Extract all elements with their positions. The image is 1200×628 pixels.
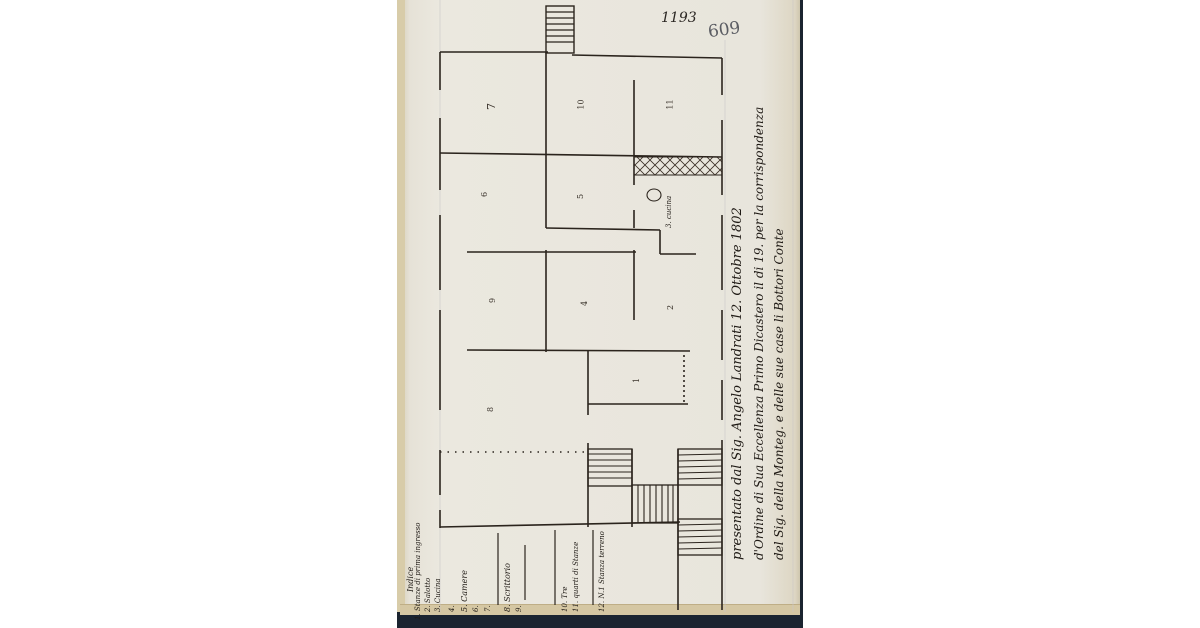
room-label-10: 10 [577,99,586,109]
legend-item-8: 8. Scrittorio [503,563,512,612]
legend-item-9: 9. [515,605,523,612]
room-label-4: 4 [580,301,589,306]
annotation-line-1: presentato dal Sig. Angelo Landrati 12. … [730,207,745,560]
room-label-5: 5 [576,194,585,199]
room-label-6: 6 [480,192,489,197]
room-label-1: 1 [632,378,641,383]
room-label-9: 9 [488,298,497,303]
room-label-7: 7 [485,103,498,110]
legend-item-10: 10. Tre [561,586,569,612]
legend-item-5: 5. Camere [460,570,469,612]
legend-item-2: 2. Salotto [424,578,432,612]
room-label-8: 8 [486,407,495,412]
kitchen-note: 3. cucina [665,196,673,228]
legend-item-12: 12. N.1 Stanza terreno [598,531,606,612]
annotation-line-2: d'Ordine di Sua Eccellenza Primo Dicaste… [752,107,766,560]
legend-item-11: 11. quarti di Stanze [572,542,580,612]
annotation-line-3: del Sig. della Monteg. e delle sue case … [772,228,786,560]
legend-item-3: 3. Cucina [434,578,442,612]
room-label-2: 2 [666,305,675,310]
legend-item-4: 4. [448,605,456,612]
legend-item-7: 7. [484,605,492,612]
legend-item-6: 6. [472,605,480,612]
legend-item-1: 1. Stanze di prima ingresso [414,523,422,620]
room-label-11: 11 [666,99,675,109]
